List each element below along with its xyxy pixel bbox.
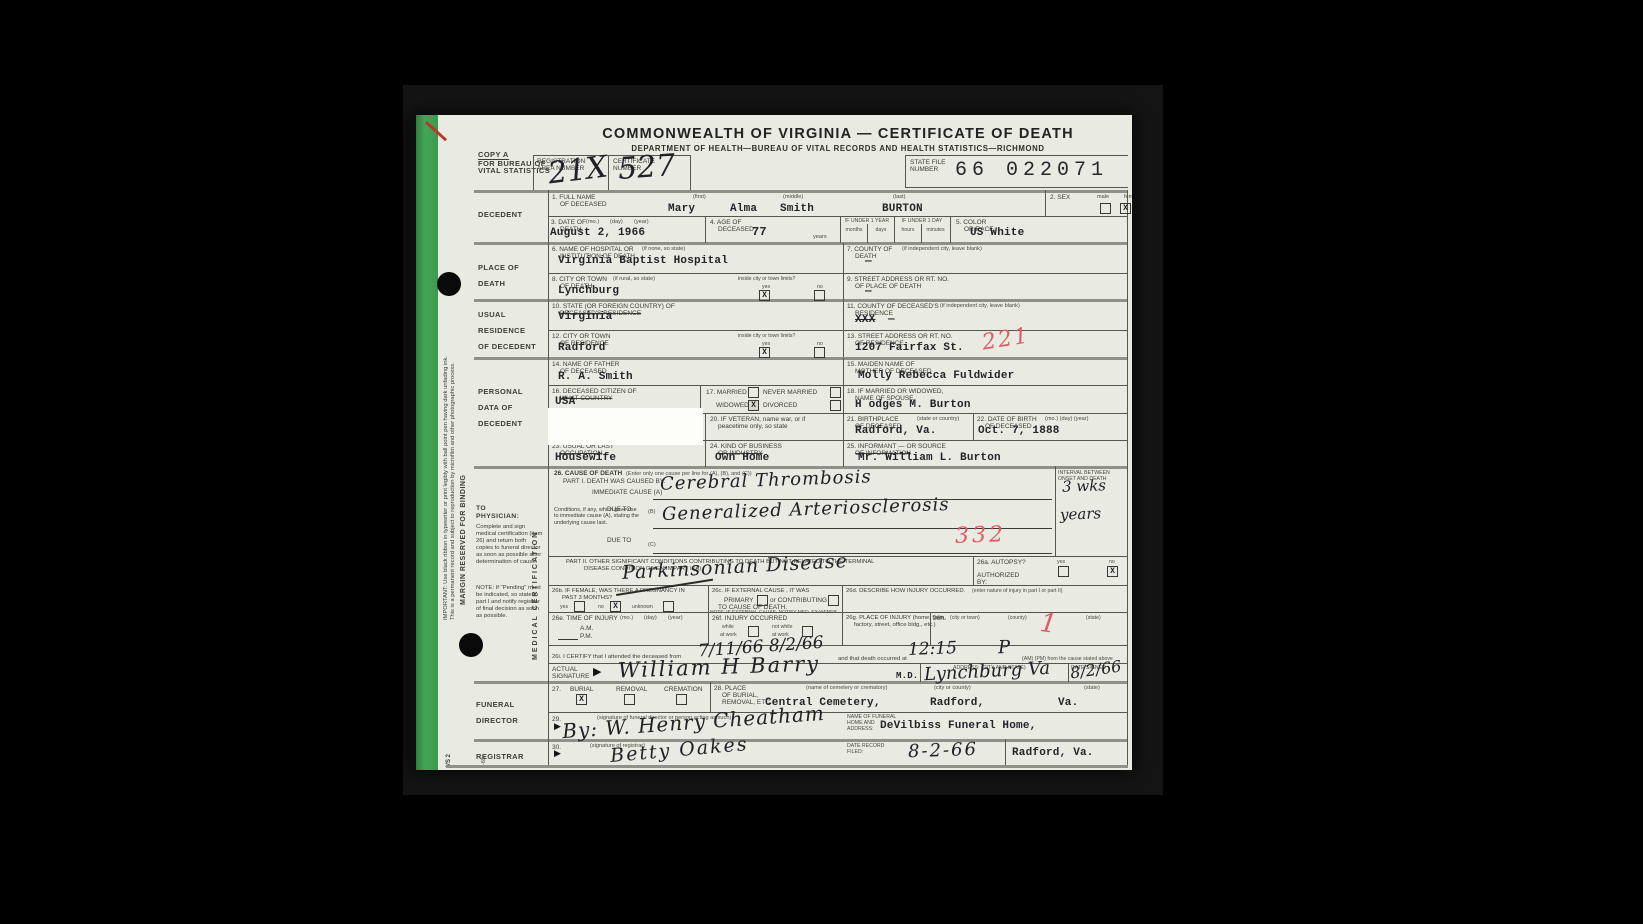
father-name-value: R. A. Smith — [558, 371, 633, 383]
section-residence-2: RESIDENCE — [478, 326, 525, 335]
mother-name-value: Molly Rebecca Fuldwider — [858, 370, 1014, 382]
rule — [705, 440, 706, 467]
pregnancy-yes-checkbox — [574, 601, 585, 612]
rule — [1055, 466, 1056, 556]
field-3-cap-year: (year) — [634, 219, 649, 225]
widowed-label: WIDOWED — [716, 402, 749, 409]
last-name-value: BURTON — [882, 203, 923, 215]
pregnancy-no-label: no — [598, 604, 604, 610]
physician-note: Complete and sign medical certification … — [476, 524, 544, 565]
limits-yes-checkbox: X — [759, 290, 770, 301]
field-7-cap: (if independent city, leave blank) — [902, 246, 982, 252]
street-red-annotation: 221 — [980, 323, 1031, 355]
death-time-handwriting: 12:15 — [908, 638, 958, 660]
rule — [474, 299, 1128, 302]
rule — [474, 681, 1128, 684]
field-2-sex-label: 2. SEX — [1050, 194, 1070, 201]
date-filed-handwriting: 8-2-66 — [908, 739, 979, 762]
rule — [843, 358, 844, 385]
rule — [843, 440, 844, 467]
rule — [842, 612, 843, 645]
limits-yes-checkbox-2: X — [759, 347, 770, 358]
md-label: M.D. — [896, 671, 918, 681]
rule — [1045, 190, 1046, 216]
field-1-cap-middle: (middle) — [783, 194, 803, 200]
rule — [653, 553, 1052, 554]
field-3-cap-day: (day) — [610, 219, 623, 225]
scanner-background: IMPORTANT: Use black ribbon in typewrite… — [0, 0, 1643, 924]
rule — [843, 385, 844, 413]
field-3-cap-mo: (mo.) — [586, 219, 599, 225]
field-26a-label: 26a. AUTOPSY? — [977, 559, 1026, 566]
date-of-birth-value: Oct. 7, 1888 — [978, 425, 1060, 437]
section-funeral-2: DIRECTOR — [476, 716, 518, 725]
while-at-work-checkbox — [748, 626, 759, 637]
cause-b-prefix: (B) — [648, 509, 655, 515]
rule — [905, 155, 1128, 156]
burial-state-cap: (state) — [1084, 685, 1100, 691]
section-decedent: DECEDENT — [478, 210, 522, 219]
field-26e-cap-day: (day) — [644, 615, 657, 621]
birthplace-value: Radford, Va. — [855, 425, 937, 437]
rule — [548, 585, 1128, 586]
pm-label: P.M. — [580, 633, 593, 640]
street-of-death-value: — — [865, 286, 872, 298]
county-of-residence-value: — — [888, 314, 895, 326]
sex-female-checkbox: X — [1120, 203, 1131, 214]
section-residence-1: USUAL — [478, 310, 506, 319]
rule — [446, 765, 1128, 768]
rule — [548, 190, 549, 765]
rule — [705, 413, 706, 440]
field-26b-label2: PAST 3 MONTHS? — [562, 595, 612, 602]
field-4-label2: DECEASED — [718, 226, 754, 233]
field-1-cap-last: (last) — [893, 194, 905, 200]
interval-a-handwriting: 3 wks — [1062, 476, 1107, 496]
autopsy-no-label: no — [1109, 559, 1115, 565]
section-funeral-1: FUNERAL — [476, 700, 515, 709]
injury-state-cap: (state) — [1086, 615, 1101, 621]
rule — [548, 273, 1128, 274]
margin-important-line1: IMPORTANT: Use black ribbon in typewrite… — [443, 356, 449, 620]
never-married-checkbox — [830, 387, 841, 398]
binding-strip — [416, 115, 438, 770]
actual-signature-label2: SIGNATURE — [552, 673, 589, 680]
rule — [548, 712, 1128, 713]
part1-label: PART I. DEATH WAS CAUSED BY: — [563, 478, 666, 485]
age-value: 77 — [752, 225, 767, 239]
spouse-name-value: H odges M. Burton — [855, 399, 971, 411]
whiteout-correction — [548, 408, 703, 445]
pregnancy-unknown-checkbox — [663, 601, 674, 612]
sex-male-checkbox — [1100, 203, 1111, 214]
funeral-home-label3: ADDRESS: — [847, 726, 874, 732]
rule — [474, 357, 1128, 360]
death-certificate-page: IMPORTANT: Use black ribbon in typewrite… — [410, 115, 1132, 770]
punch-hole — [459, 633, 483, 657]
rule — [548, 645, 1128, 646]
section-personal-3: DECEDENT — [478, 419, 522, 428]
first-name-value: Mary — [668, 203, 695, 215]
county-of-residence-struck-value: XXX — [855, 314, 875, 326]
field-22-cap: (mo.) (day) (year) — [1045, 416, 1089, 422]
margin-binding-label: MARGIN RESERVED FOR BINDING — [460, 475, 467, 605]
months-label: months — [841, 227, 867, 233]
rule — [533, 155, 534, 191]
to-physician-2: PHYSICIAN: — [476, 513, 519, 520]
cemetery-cap: (name of cemetery or crematory) — [806, 685, 887, 691]
rule — [474, 190, 1128, 193]
punch-hole — [437, 272, 461, 296]
cause-c-prefix: (C) — [648, 542, 656, 548]
burial-city-cap: (city or county) — [934, 685, 971, 691]
widowed-checkbox: X — [748, 400, 759, 411]
rule — [690, 155, 691, 191]
date-of-death-value: August 2, 1966 — [550, 227, 645, 239]
limits-no-checkbox-2 — [814, 347, 825, 358]
conditions-note: Conditions, if any, which gave rise to i… — [554, 507, 642, 526]
minutes-label: minutes — [922, 227, 949, 233]
field-11-cap: (if independent city, leave blank) — [940, 303, 1020, 309]
field-26e-cap-mo: (mo.) — [620, 615, 633, 621]
injury-city-cap: (city or town) — [950, 615, 980, 621]
cremation-label: CREMATION — [664, 686, 703, 693]
pregnancy-yes-label: yes — [560, 604, 568, 610]
married-checkbox — [748, 387, 759, 398]
field-8-cap: (if rural, so state) — [613, 276, 655, 282]
pregnancy-no-checkbox: X — [610, 601, 621, 612]
business-value: Own Home — [715, 452, 769, 464]
age-unit-label: years — [813, 234, 827, 240]
rule — [973, 556, 974, 585]
field-20-label2: peacetime only, so state — [718, 423, 788, 430]
hours-label: hours — [895, 227, 921, 233]
field-26g-label2: factory, street, office bldg., etc.) — [854, 622, 936, 629]
registrar-place-value: Radford, Va. — [1012, 747, 1094, 759]
informant-value: Mr. William L. Burton — [858, 452, 1001, 464]
middle-name-value: Alma — [730, 203, 757, 215]
maiden-name-value: Smith — [780, 203, 814, 215]
margin-important-line2: This is a permanent record and subject t… — [450, 362, 456, 620]
burial-city-value: Radford, — [930, 697, 984, 709]
section-residence-3: OF DECEDENT — [478, 342, 536, 351]
field-26f-label: 26f. INJURY OCCURRED — [712, 615, 787, 622]
hospital-value: Virginia Baptist Hospital — [558, 255, 728, 267]
state-file-number: 66 022071 — [955, 159, 1108, 182]
certificate-number-value: 527 — [617, 148, 677, 187]
state-of-residence-value: Virginia — [558, 311, 612, 323]
under-1-year-label: IF UNDER 1 YEAR — [840, 218, 894, 224]
field-26-label: 26. CAUSE OF DEATH — [554, 470, 622, 477]
section-place-of-death-1: PLACE OF — [478, 263, 519, 272]
am-label: A.M. — [580, 625, 593, 632]
state-file-label2: NUMBER — [910, 166, 938, 173]
divorced-checkbox — [830, 400, 841, 411]
divorced-label: DIVORCED — [763, 402, 797, 409]
rule — [920, 663, 921, 682]
rule — [843, 300, 844, 330]
burial-checkbox: X — [576, 694, 587, 705]
rule — [905, 187, 1128, 188]
county-of-death-value: — — [865, 256, 872, 268]
city-of-death-value: Lynchburg — [558, 285, 619, 297]
sex-male-label: male — [1097, 194, 1109, 200]
married-label: 17. MARRIED — [706, 389, 747, 396]
field-26e-cap-year: (year) — [668, 615, 683, 621]
rule — [474, 242, 1128, 245]
rule — [710, 682, 711, 712]
field-26d-cap: (enter nature of injury in part I or par… — [972, 588, 1063, 594]
limits-question-label: inside city or town limits? — [738, 276, 795, 282]
never-married-label: NEVER MARRIED — [763, 389, 817, 396]
rule — [842, 585, 843, 612]
section-place-of-death-2: DEATH — [478, 279, 505, 288]
limits-no-checkbox — [814, 290, 825, 301]
death-occurred-label: and that death occurred at — [838, 656, 907, 663]
autopsy-no-checkbox: X — [1107, 566, 1118, 577]
section-registrar: REGISTRAR — [476, 752, 524, 761]
field-26h-label: 26h. — [933, 615, 946, 622]
injury-red-mark: 1 — [1038, 608, 1059, 640]
rule — [973, 413, 974, 440]
rule — [905, 155, 906, 187]
autopsy-yes-label: yes — [1057, 559, 1065, 565]
authorized-label2: BY: — [977, 579, 987, 586]
field-21-cap: (state or country) — [917, 416, 959, 422]
days-label: days — [868, 227, 894, 233]
rule — [950, 216, 951, 243]
street-of-residence-value: 1207 Fairfax St. — [855, 342, 964, 354]
to-physician-1: TO — [476, 505, 486, 512]
injury-county-cap: (county) — [1008, 615, 1027, 621]
section-personal-1: PERSONAL — [478, 387, 523, 396]
rule — [843, 330, 844, 357]
due-to-label-c: DUE TO — [607, 537, 631, 544]
rule — [843, 243, 844, 273]
field-6-cap: (if none, so state) — [642, 246, 685, 252]
pending-note: NOTE: If "Pending" must be indicated, so… — [476, 585, 544, 620]
funeral-signature-pointer-icon: ▶ — [554, 721, 561, 732]
while-label1: while — [722, 624, 734, 630]
not-while-label1: not while — [772, 624, 792, 630]
immediate-cause-label: IMMEDIATE CAUSE (A) — [592, 489, 662, 496]
field-1-cap-first: (first) — [693, 194, 706, 200]
burial-state-value: Va. — [1058, 697, 1078, 709]
removal-checkbox — [624, 694, 635, 705]
burial-label: BURIAL — [570, 686, 593, 693]
date-filed-label2: FILED: — [847, 749, 863, 755]
occupation-value: Housewife — [555, 452, 616, 464]
rule — [1127, 190, 1128, 765]
document-title: COMMONWEALTH OF VIRGINIA — CERTIFICATE O… — [548, 126, 1128, 142]
rule — [843, 413, 844, 440]
limits-question-label-2: inside city or town limits? — [738, 333, 795, 339]
under-1-day-label: IF UNDER 1 DAY — [894, 218, 950, 224]
field-1-label2: OF DECEASED — [560, 201, 607, 208]
registrar-signature-pointer-icon: ▶ — [554, 748, 561, 759]
field-26d-label: 26d. DESCRIBE HOW INJURY OCCURRED. — [846, 588, 965, 595]
signature-pointer-icon: ▶ — [593, 665, 601, 678]
removal-label: REMOVAL — [616, 686, 647, 693]
interval-b-handwriting: years — [1060, 504, 1102, 523]
sex-female-label: female — [1124, 194, 1132, 200]
rule — [548, 385, 1128, 386]
rule — [705, 216, 706, 243]
citizen-value: USA — [555, 396, 575, 408]
funeral-home-value: DeVilbiss Funeral Home, — [880, 720, 1036, 732]
rule — [1005, 739, 1006, 765]
rule — [558, 639, 578, 640]
death-time-pm-handwriting: P — [998, 637, 1011, 658]
rule — [548, 330, 1128, 331]
section-personal-2: DATA OF — [478, 403, 513, 412]
registration-area-value: 21X — [546, 150, 609, 192]
race-value: US White — [970, 227, 1024, 239]
rule — [843, 273, 844, 300]
field-26e-label: 26e. TIME OF INJURY — [552, 615, 618, 622]
cause-code-red: 332 — [955, 522, 1007, 549]
pregnancy-unknown-label: unknown — [632, 604, 653, 610]
field-27-number: 27. — [552, 686, 561, 693]
contributing-checkbox — [828, 595, 839, 606]
rule — [548, 216, 1128, 217]
rule — [708, 585, 709, 612]
city-of-residence-value: Radford — [558, 342, 606, 354]
cremation-checkbox — [676, 694, 687, 705]
autopsy-yes-checkbox — [1058, 566, 1069, 577]
while-label2: at work — [720, 632, 737, 638]
